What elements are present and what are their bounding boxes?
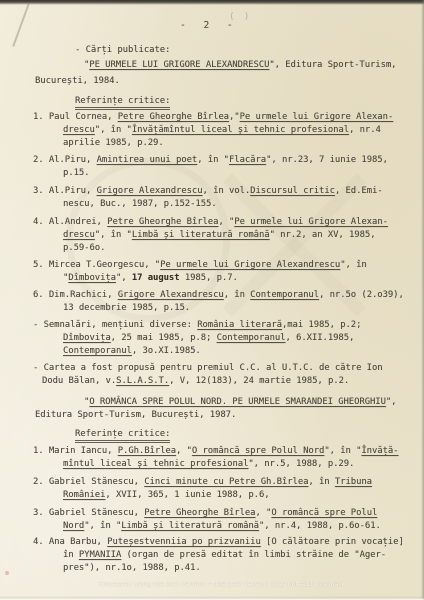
text-segment: 1. Marin Iancu, bbox=[33, 446, 118, 456]
text-segment: , 6.XII.1985, bbox=[285, 333, 354, 343]
text-segment: p.59-6o. bbox=[63, 243, 105, 253]
underlined-text: Dîmbovița bbox=[68, 273, 116, 283]
text-segment: ", în bbox=[340, 260, 366, 270]
underlined-text: Învățămîntul liceal și tehnic profesiona… bbox=[132, 125, 349, 135]
reference-line: în PYMANIIA (organ de presă editat în li… bbox=[63, 550, 386, 560]
section-heading-1: Referințe critice: bbox=[75, 96, 170, 106]
underlined-text: Pe urmele lui Grigore Alexan- bbox=[240, 112, 394, 122]
paper-crease bbox=[12, 3, 29, 47]
underlined-text: PE URMELE LUI GRIGORE ALEXANDRESCU bbox=[89, 60, 269, 70]
scan-edge-top bbox=[0, 0, 424, 5]
note-line: Contemporanul, 3o.XI.1985. bbox=[63, 346, 201, 356]
text-segment: ", Editura Sport-Turism, bbox=[269, 60, 396, 70]
text-segment: , 3o.XI.1985. bbox=[132, 346, 201, 356]
underlined-text: S.L.A.S.T. bbox=[116, 376, 169, 386]
note-line: - Cartea a fost propusă pentru premiul C… bbox=[33, 363, 383, 373]
text-segment: - Cărți publicate: bbox=[75, 45, 170, 55]
reference-line: nescu, Buc., 1987, p.152-155. bbox=[63, 199, 217, 209]
reference-line: p.15. bbox=[63, 168, 89, 178]
double-underlined-heading: Referințe critice: bbox=[75, 429, 170, 443]
text-segment: 4. Ana Barbu, bbox=[33, 537, 107, 547]
text-segment: 3. Gabriel Stănescu, bbox=[33, 508, 144, 518]
reference-line: 1. Paul Cornea, Petre Gheorghe Bîrlea,"P… bbox=[33, 112, 393, 122]
underlined-text: Grigore Alexandrescu bbox=[118, 290, 224, 300]
book-title-1: "PE URMELE LUI GRIGORE ALEXANDRESCU", Ed… bbox=[84, 60, 396, 70]
underlined-text: Limbă și literatură română bbox=[121, 521, 259, 531]
underlined-text: Amintirea unui poet bbox=[97, 155, 198, 165]
book-title-2: "O ROMÂNCA SPRE POLUL NORD. PE URMELE SM… bbox=[84, 397, 396, 407]
text-segment: , " bbox=[176, 446, 192, 456]
underlined-text: Petre Gheorghe Bîrlea bbox=[144, 508, 255, 518]
underlined-text: României bbox=[63, 490, 105, 500]
note-line: Dîmbovița, 25 mai 1985, p.8; Contemporan… bbox=[63, 333, 354, 343]
text-segment: - Semnalări, mențiuni diverse: bbox=[33, 320, 197, 330]
text-segment: , în " bbox=[197, 155, 229, 165]
text-segment: 5. Mircea T.Georgescu, " bbox=[33, 260, 160, 270]
reference-line: 3. Gabriel Stănescu, Petre Gheorghe Bîrl… bbox=[33, 508, 377, 518]
text-segment: , în bbox=[224, 290, 250, 300]
text-segment: aprilie 1985, p.29. bbox=[63, 138, 164, 148]
text-segment: Dodu Bălan, v. bbox=[42, 376, 116, 386]
text-segment: 1. Paul Cornea, bbox=[33, 112, 118, 122]
reference-line: 4. Ana Barbu, Puteșestvenniia po prizvan… bbox=[33, 537, 404, 547]
reference-line: mîntul liceal și tehnic profesional", nr… bbox=[63, 459, 354, 469]
underlined-text: drescu bbox=[63, 125, 95, 135]
underlined-text: O ROMÂNCA SPRE POLUL NORD. PE URMELE SMA… bbox=[89, 397, 386, 407]
text-segment: " nr.2, an XV, 1985, bbox=[270, 230, 376, 240]
text-segment: [O călătoare prin vocație] bbox=[261, 537, 404, 547]
note-line: Dodu Bălan, v.S.L.A.S.T., V, 12(183), 24… bbox=[42, 376, 349, 386]
underlined-text: Petre Gheorghe Bîrlea bbox=[107, 217, 218, 227]
underlined-text: Grigore Alexandrescu bbox=[97, 186, 203, 196]
text-segment: , în bbox=[308, 477, 334, 487]
pencil-mark: ( ) bbox=[229, 12, 251, 22]
double-underlined-heading: Referințe critice: bbox=[75, 96, 170, 110]
text-segment: ", în " bbox=[84, 521, 121, 531]
underlined-text: Contemporanul bbox=[250, 290, 319, 300]
underlined-text: PYMANIIA bbox=[79, 550, 121, 560]
text-segment: 2. Al.Piru, bbox=[33, 155, 97, 165]
scanner-watermark: Processed using the trial version — the … bbox=[40, 581, 404, 588]
reference-line: 2. Al.Piru, Amintirea unui poet, în "Fla… bbox=[33, 155, 388, 165]
reference-line: p.59-6o. bbox=[63, 243, 105, 253]
underlined-text: Pe urmele lui Grigore Alexandrescu bbox=[160, 260, 340, 270]
underlined-text: Petre Gheorghe Bîrlea bbox=[118, 112, 229, 122]
underlined-text: Discursul critic bbox=[250, 186, 335, 196]
underlined-text: România literară bbox=[197, 320, 282, 330]
text-segment: 1985, p.7. bbox=[180, 273, 238, 283]
reference-line: "Dîmbovița", 17 august 1985, p.7. bbox=[63, 273, 238, 283]
underlined-text: P.Gh.Bîrlea bbox=[118, 446, 176, 456]
reference-line: 3. Al.Piru, Grigore Alexandrescu, în vol… bbox=[33, 186, 383, 196]
underlined-text: Nord bbox=[63, 521, 84, 531]
section-label: - Cărți publicate: bbox=[75, 45, 170, 55]
book-title-1-continued: București, 1984. bbox=[35, 76, 120, 86]
reference-line: 4. Al.Andrei, Petre Gheorghe Bîrlea, "Pe… bbox=[33, 217, 388, 227]
text-segment: , Ed.Emi- bbox=[335, 186, 383, 196]
underlined-text: Dîmbovița bbox=[63, 333, 111, 343]
text-segment: ", bbox=[386, 397, 397, 407]
underlined-text: drescu bbox=[63, 230, 95, 240]
underlined-text: Cinci minute cu Petre Gh.Bîrlea bbox=[144, 477, 308, 487]
text-segment: (organ de presă editat în limbi străine … bbox=[121, 550, 386, 560]
text-segment: ", în " bbox=[95, 230, 132, 240]
reference-line: Nord", în "Limbă și literatură română", … bbox=[63, 521, 381, 531]
text-segment: în bbox=[63, 550, 79, 560]
text-segment: nescu, Buc., 1987, p.152-155. bbox=[63, 199, 217, 209]
text-segment: , V, 12(183), 24 martie 1985, p.2. bbox=[169, 376, 349, 386]
underlined-text: O româncă spre Polul bbox=[271, 508, 377, 518]
reference-line: drescu", în "Învățămîntul liceal și tehn… bbox=[63, 125, 381, 135]
underlined-text: Limbă și literatură română bbox=[132, 230, 270, 240]
underlined-text: Puteșestvenniia po prizvaniiu bbox=[107, 537, 261, 547]
text-segment: 13 decembrie 1985, p.15. bbox=[63, 303, 190, 313]
reference-line: 6. Dim.Rachici, Grigore Alexandrescu, în… bbox=[33, 290, 404, 300]
text-segment: pres"), nr.1o, 1988, p.41. bbox=[63, 563, 201, 573]
reference-line: 2. Gabriel Stănescu, Cinci minute cu Pet… bbox=[33, 477, 372, 487]
text-segment: 6. Dim.Rachici, bbox=[33, 290, 118, 300]
text-segment: ", în " bbox=[95, 125, 132, 135]
text-segment: , " bbox=[255, 508, 271, 518]
underlined-text: Contemporanul bbox=[217, 333, 286, 343]
underlined-text: Învăță- bbox=[361, 446, 398, 456]
reference-line: 13 decembrie 1985, p.15. bbox=[63, 303, 190, 313]
text-segment: Editura Sport-Turism, București, 1987. bbox=[35, 410, 236, 420]
underlined-text: Pe urmele lui Grigore Alexan- bbox=[234, 217, 388, 227]
text-segment: ", nr.5, 1988, p.29. bbox=[248, 459, 354, 469]
text-segment: , nr.5o (2.o39), bbox=[319, 290, 404, 300]
text-segment: 3. Al.Piru, bbox=[33, 186, 97, 196]
note-line: - Semnalări, mențiuni diverse: România l… bbox=[33, 320, 361, 330]
scan-artifact-dot bbox=[5, 571, 9, 575]
text-segment: ,mai 1985, p.2; bbox=[282, 320, 361, 330]
underlined-text: Flacăra bbox=[229, 155, 266, 165]
underlined-text: O româncă spre Polul Nord bbox=[192, 446, 324, 456]
reference-line: pres"), nr.1o, 1988, p.41. bbox=[63, 563, 201, 573]
reference-line: aprilie 1985, p.29. bbox=[63, 138, 164, 148]
text-segment: - Cartea a fost propusă pentru premiul C… bbox=[33, 363, 383, 373]
text-segment: 17 august bbox=[132, 273, 180, 283]
text-segment: ," bbox=[229, 112, 240, 122]
text-segment: , 25 mai 1985, p.8; bbox=[111, 333, 217, 343]
reference-line: 1. Marin Iancu, P.Gh.Bîrlea, "O româncă … bbox=[33, 446, 398, 456]
text-segment: , XVII, 365, 1 iunie 1988, p.6, bbox=[105, 490, 269, 500]
scanned-page: - 2 - ( ) - Cărți publicate:"PE URMELE L… bbox=[0, 0, 424, 600]
underlined-text: Tribuna bbox=[335, 477, 372, 487]
text-segment: , în vol. bbox=[203, 186, 251, 196]
underlined-text: mîntul liceal și tehnic profesional bbox=[63, 459, 248, 469]
book-title-2-continued: Editura Sport-Turism, București, 1987. bbox=[35, 410, 236, 420]
scan-edge-bottom bbox=[0, 596, 424, 600]
text-segment: ", nr.4, 1988, p.6o-61. bbox=[259, 521, 381, 531]
text-segment: ", bbox=[116, 273, 132, 283]
section-heading-2: Referințe critice: bbox=[75, 429, 170, 439]
reference-line: drescu", în "Limbă și literatură română"… bbox=[63, 230, 376, 240]
text-segment: București, 1984. bbox=[35, 76, 120, 86]
text-segment: , " bbox=[218, 217, 234, 227]
underlined-text: Contemporanul bbox=[63, 346, 132, 356]
reference-line: 5. Mircea T.Georgescu, "Pe urmele lui Gr… bbox=[33, 260, 367, 270]
text-segment: ", în " bbox=[324, 446, 361, 456]
text-segment: ", nr.23, 7 iunie 1985, bbox=[266, 155, 388, 165]
text-segment: , nr.4 bbox=[349, 125, 381, 135]
text-segment: 2. Gabriel Stănescu, bbox=[33, 477, 144, 487]
reference-line: României, XVII, 365, 1 iunie 1988, p.6, bbox=[63, 490, 270, 500]
text-segment: 4. Al.Andrei, bbox=[33, 217, 107, 227]
text-segment: p.15. bbox=[63, 168, 89, 178]
